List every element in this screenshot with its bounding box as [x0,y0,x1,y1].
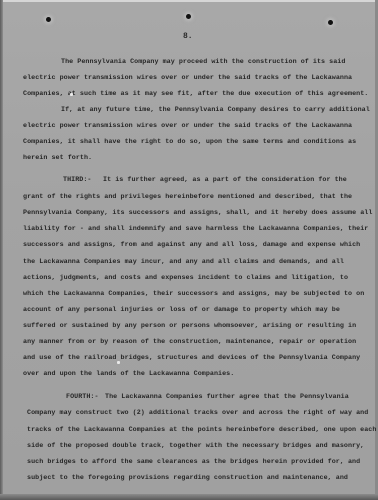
section-heading: FOURTH:- [66,393,99,401]
text-line: Companies, it shall have the right to do… [23,138,356,146]
text-line: If, at any future time, the Pennsylvania… [61,106,370,114]
text-line: liability for - and shall indemnify and … [23,225,368,233]
text-line: tracks of the Lackawanna Companies at th… [27,426,376,434]
section-heading: THIRD:- [63,176,91,184]
text-line: such bridges to afford the same clearanc… [27,458,360,466]
text-line: successors and assigns, from and against… [23,241,360,249]
page-bottom-edge [0,494,378,500]
text-line: Company may construct two (2) additional… [27,409,368,417]
punch-hole-icon [186,14,191,19]
page-number: 8. [183,32,193,41]
scanned-document-page: 8. The Pennsylvania Company may proceed … [0,0,378,500]
text-line: herein set forth. [23,154,92,162]
scan-artifact [117,361,120,364]
text-line: any manner from or by reason of the cons… [23,338,356,346]
text-line: Companies, at such time as it may see fi… [23,90,368,98]
text-line: which the Lackawanna Companies, their su… [23,290,364,298]
page-left-edge [0,0,3,500]
text-line: suffered or sustained by any person or p… [23,322,356,330]
text-line: grant of the rights and privileges herei… [23,193,352,201]
text-line: The Pennsylvania Company may proceed wit… [61,58,345,66]
punch-hole-icon [328,20,333,25]
text-line: and use of the railroad bridges, structu… [23,354,360,362]
text-line: subject to the foregoing provisions rega… [27,474,348,482]
text-line: electric power transmission wires over o… [23,122,352,130]
punch-hole-icon [46,17,51,22]
text-line: actions, judgments, and costs and expens… [23,274,348,282]
scan-artifact [70,93,73,96]
text-line: Pennsylvania Company, its successors and… [23,209,372,217]
page-top-edge [0,0,378,2]
text-line: side of the proposed double track, toget… [27,442,364,450]
text-line: over and upon the lands of the Lackawann… [23,370,234,378]
text-line: the Lackawanna Companies may incur, and … [23,258,344,266]
text-line: account of any personal injuries or loss… [23,306,340,314]
text-line: The Lackawanna Companies further agree t… [105,393,349,401]
text-line: electric power transmission wires over o… [23,74,352,82]
text-line: It is further agreed, as a part of the c… [103,176,347,184]
